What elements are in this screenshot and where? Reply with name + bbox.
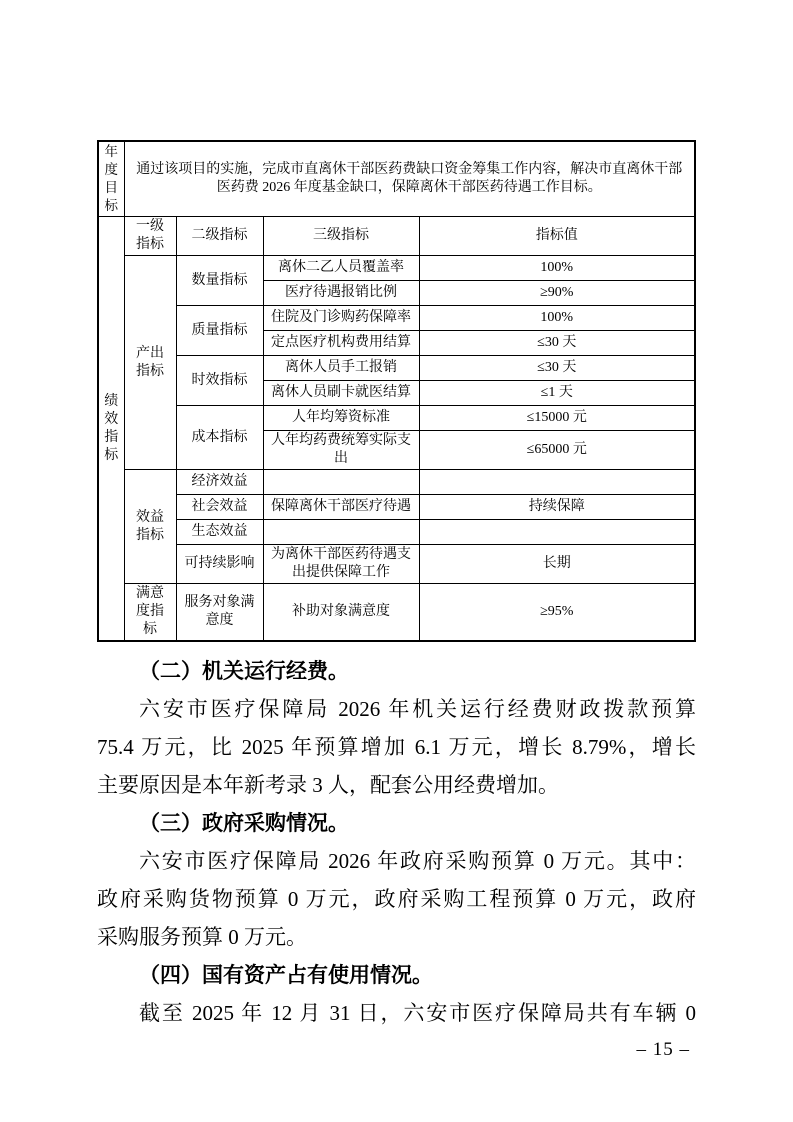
value-cell: ≤65000 元 [419,431,695,470]
table-row: 满意度指标 服务对象满意度 补助对象满意度 ≥95% [98,584,695,642]
indicator-cell: 住院及门诊购药保障率 [263,306,419,331]
level2-ecological: 生态效益 [176,520,263,545]
table-row: 成本指标 人年均筹资标准 ≤15000 元 [98,406,695,431]
indicator-cell: 定点医疗机构费用结算 [263,331,419,356]
performance-indicators-table: 年度目标 通过该项目的实施，完成市直离休干部医药费缺口资金筹集工作内容，解决市直… [97,140,696,642]
indicator-cell: 补助对象满意度 [263,584,419,642]
level1-benefit: 效益指标 [124,470,176,584]
paragraph-line: 政府采购货物预算 0 万元，政府采购工程预算 0 万元，政府 [97,880,696,918]
annual-goal-label: 年度目标 [98,141,124,217]
level2-service-satisfaction: 服务对象满意度 [176,584,263,642]
level2-cost: 成本指标 [176,406,263,470]
indicator-cell: 保障离休干部医疗待遇 [263,495,419,520]
level2-quality: 质量指标 [176,306,263,356]
level2-sustainability: 可持续影响 [176,545,263,584]
document-page: 年度目标 通过该项目的实施，完成市直离休干部医药费缺口资金筹集工作内容，解决市直… [0,0,793,1122]
table-row: 时效指标 离休人员手工报销 ≤30 天 [98,356,695,381]
level1-satisfaction: 满意度指标 [124,584,176,642]
indicator-cell: 医疗待遇报销比例 [263,281,419,306]
table-row: 社会效益 保障离休干部医疗待遇 持续保障 [98,495,695,520]
indicator-cell [263,470,419,495]
section-heading-government-procurement: （三）政府采购情况。 [97,804,696,842]
paragraph-line: 75.4 万元，比 2025 年预算增加 6.1 万元，增长 8.79%，增长 [97,728,696,766]
indicator-cell: 离休二乙人员覆盖率 [263,256,419,281]
value-cell: 100% [419,306,695,331]
table-row: 效益指标 经济效益 [98,470,695,495]
annual-goal-text: 通过该项目的实施，完成市直离休干部医药费缺口资金筹集工作内容，解决市直离休干部医… [124,141,695,217]
indicator-cell: 离休人员刷卡就医结算 [263,381,419,406]
body-text: （二）机关运行经费。 六安市医疗保障局 2026 年机关运行经费财政拨款预算 7… [97,652,696,1032]
value-cell: ≥90% [419,281,695,306]
value-cell [419,520,695,545]
page-number: – 15 – [97,1039,696,1061]
header-level1: 一级指标 [124,217,176,256]
header-level2: 二级指标 [176,217,263,256]
value-cell: 100% [419,256,695,281]
value-cell: 持续保障 [419,495,695,520]
table-row: 质量指标 住院及门诊购药保障率 100% [98,306,695,331]
paragraph-line: 六安市医疗保障局 2026 年政府采购预算 0 万元。其中： [97,842,696,880]
indicator-cell: 人年均药费统筹实际支出 [263,431,419,470]
paragraph-line: 采购服务预算 0 万元。 [97,918,696,956]
performance-indicators-label: 绩效指标 [98,217,124,642]
level2-social: 社会效益 [176,495,263,520]
value-cell: ≤1 天 [419,381,695,406]
section-heading-state-assets: （四）国有资产占有使用情况。 [97,956,696,994]
level2-timeliness: 时效指标 [176,356,263,406]
indicator-cell: 为离休干部医药待遇支出提供保障工作 [263,545,419,584]
paragraph-line: 六安市医疗保障局 2026 年机关运行经费财政拨款预算 [97,690,696,728]
value-cell: ≤30 天 [419,356,695,381]
header-value: 指标值 [419,217,695,256]
level2-economic: 经济效益 [176,470,263,495]
level2-quantity: 数量指标 [176,256,263,306]
paragraph-line: 截至 2025 年 12 月 31 日，六安市医疗保障局共有车辆 0 [97,994,696,1032]
table-row: 产出指标 数量指标 离休二乙人员覆盖率 100% [98,256,695,281]
indicator-cell: 离休人员手工报销 [263,356,419,381]
indicator-cell [263,520,419,545]
value-cell: ≤30 天 [419,331,695,356]
indicator-cell: 人年均筹资标准 [263,406,419,431]
value-cell: 长期 [419,545,695,584]
table-row: 生态效益 [98,520,695,545]
header-level3: 三级指标 [263,217,419,256]
value-cell [419,470,695,495]
value-cell: ≥95% [419,584,695,642]
section-heading-operating-expenses: （二）机关运行经费。 [97,652,696,690]
paragraph-line: 主要原因是本年新考录 3 人，配套公用经费增加。 [97,766,696,804]
value-cell: ≤15000 元 [419,406,695,431]
level1-output: 产出指标 [124,256,176,470]
table-row: 可持续影响 为离休干部医药待遇支出提供保障工作 长期 [98,545,695,584]
